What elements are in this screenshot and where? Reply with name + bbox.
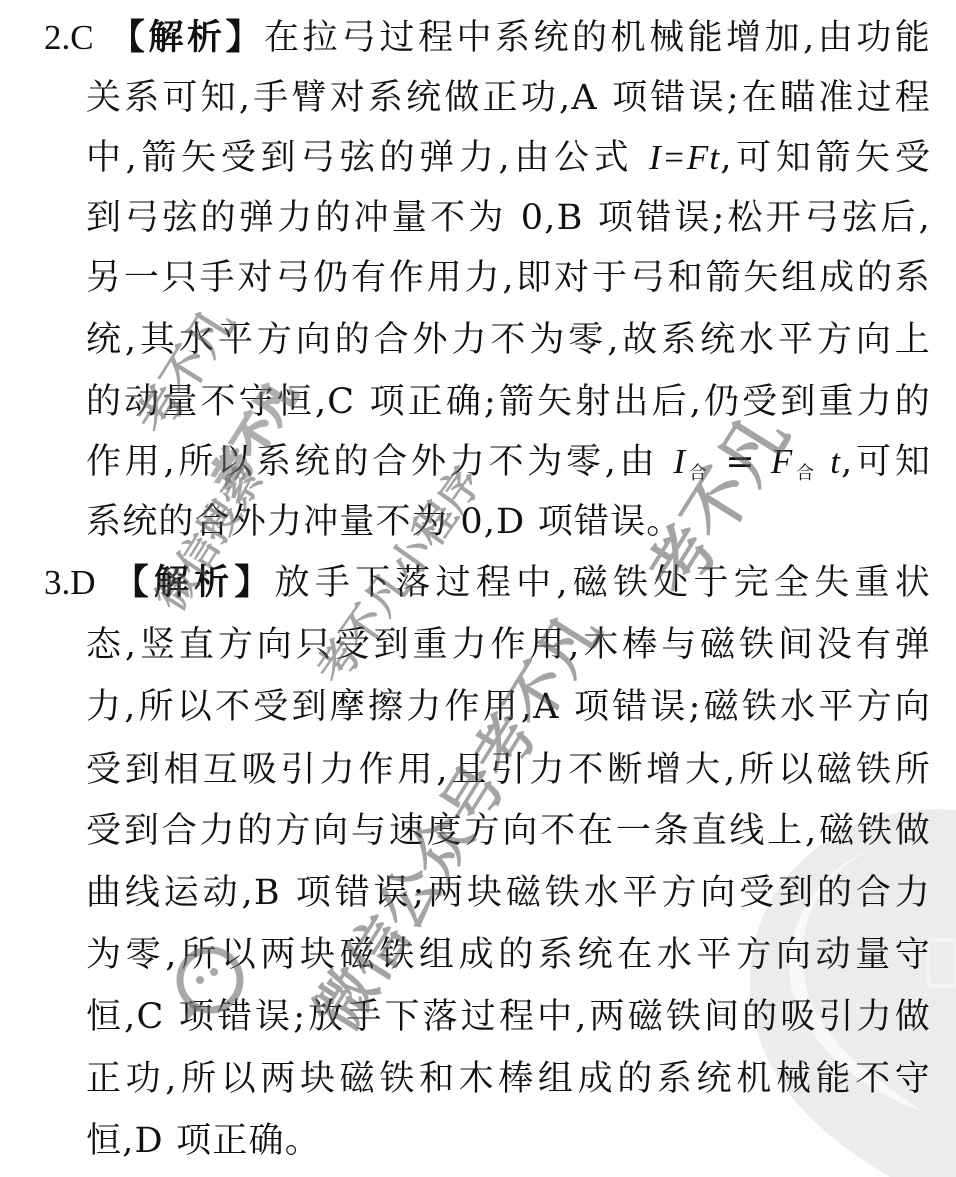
- formula-I: I: [673, 442, 686, 481]
- text-line: 统,其水平方向的合外力不为零,故系统水平方向上: [86, 320, 931, 360]
- subscript-he: 合: [793, 463, 817, 484]
- formula-t: t: [818, 442, 841, 481]
- text-line: 到弓弦的弹力的冲量不为 0,B 项错误;松开弓弦后,: [86, 198, 931, 238]
- line-text-post: ,可知: [841, 442, 931, 482]
- formula-F: F: [771, 442, 794, 481]
- formula-equals: =: [711, 442, 771, 482]
- question-number: 3.D: [44, 563, 96, 602]
- line-text-pre: 作用,所以系统的合外力不为零,由: [86, 442, 673, 482]
- text-line: 恒,C 项错误;放手下落过程中,两磁铁间的吸引力做: [86, 997, 931, 1037]
- text-line: 曲线运动,B 项错误;两块磁铁水平方向受到的合力: [86, 873, 931, 913]
- text-line: 另一只手对弓仍有作用力,即对于弓和箭矢组成的系: [86, 258, 931, 298]
- formula-impulse: I=Ft: [649, 138, 720, 177]
- text-line: 关系可知,手臂对系统做正功,A 项错误;在瞄准过程: [86, 78, 931, 118]
- line-text-post: ,可知箭矢受: [720, 138, 931, 178]
- text-line-q2-header: 2.C【解析】在拉弓过程中系统的机械能增加,由功能: [44, 18, 931, 58]
- text-line: 态,竖直方向只受到重力作用,木棒与磁铁间没有弹: [86, 625, 931, 665]
- text-line: 力,所以不受到摩擦力作用,A 项错误;磁铁水平方向: [86, 687, 931, 727]
- text-line: 受到合力的方向与速度方向不在一条直线上,磁铁做: [86, 811, 931, 851]
- text-line-end: 恒,D 项正确。: [86, 1121, 931, 1161]
- question-number: 2.C: [44, 18, 94, 57]
- text-line-q3-header: 3.D【解析】放手下落过程中,磁铁处于完全失重状: [44, 563, 931, 603]
- line-text: 放手下落过程中,磁铁处于完全失重状: [275, 563, 931, 603]
- text-line: 为零,所以两块磁铁组成的系统在水平方向动量守: [86, 935, 931, 975]
- text-line: 的动量不守恒,C 项正确;箭矢射出后,仍受到重力的: [86, 382, 931, 422]
- text-line-formula: 作用,所以系统的合外力不为零,由 I合 = F合 t,可知: [86, 442, 931, 482]
- line-text: 在拉弓过程中系统的机械能增加,由功能: [264, 18, 931, 58]
- text-line: 受到相互吸引力作用,且引力不断增大,所以磁铁所: [86, 750, 931, 790]
- line-text-pre: 中,箭矢受到弓弦的弹力,由公式: [86, 138, 649, 178]
- text-line: 正功,所以两块磁铁和木棒组成的系统机械能不守: [86, 1059, 931, 1099]
- subscript-he: 合: [686, 463, 710, 484]
- text-line-end: 系统的合外力冲量不为 0,D 项错误。: [86, 502, 931, 542]
- watermark-text: 考不凡: [118, 293, 247, 445]
- document-page: 2.C【解析】在拉弓过程中系统的机械能增加,由功能 关系可知,手臂对系统做正功,…: [0, 0, 956, 1177]
- text-line-formula: 中,箭矢受到弓弦的弹力,由公式 I=Ft,可知箭矢受: [86, 138, 931, 178]
- analysis-tag: 【解析】: [110, 563, 275, 603]
- analysis-tag: 【解析】: [108, 18, 264, 58]
